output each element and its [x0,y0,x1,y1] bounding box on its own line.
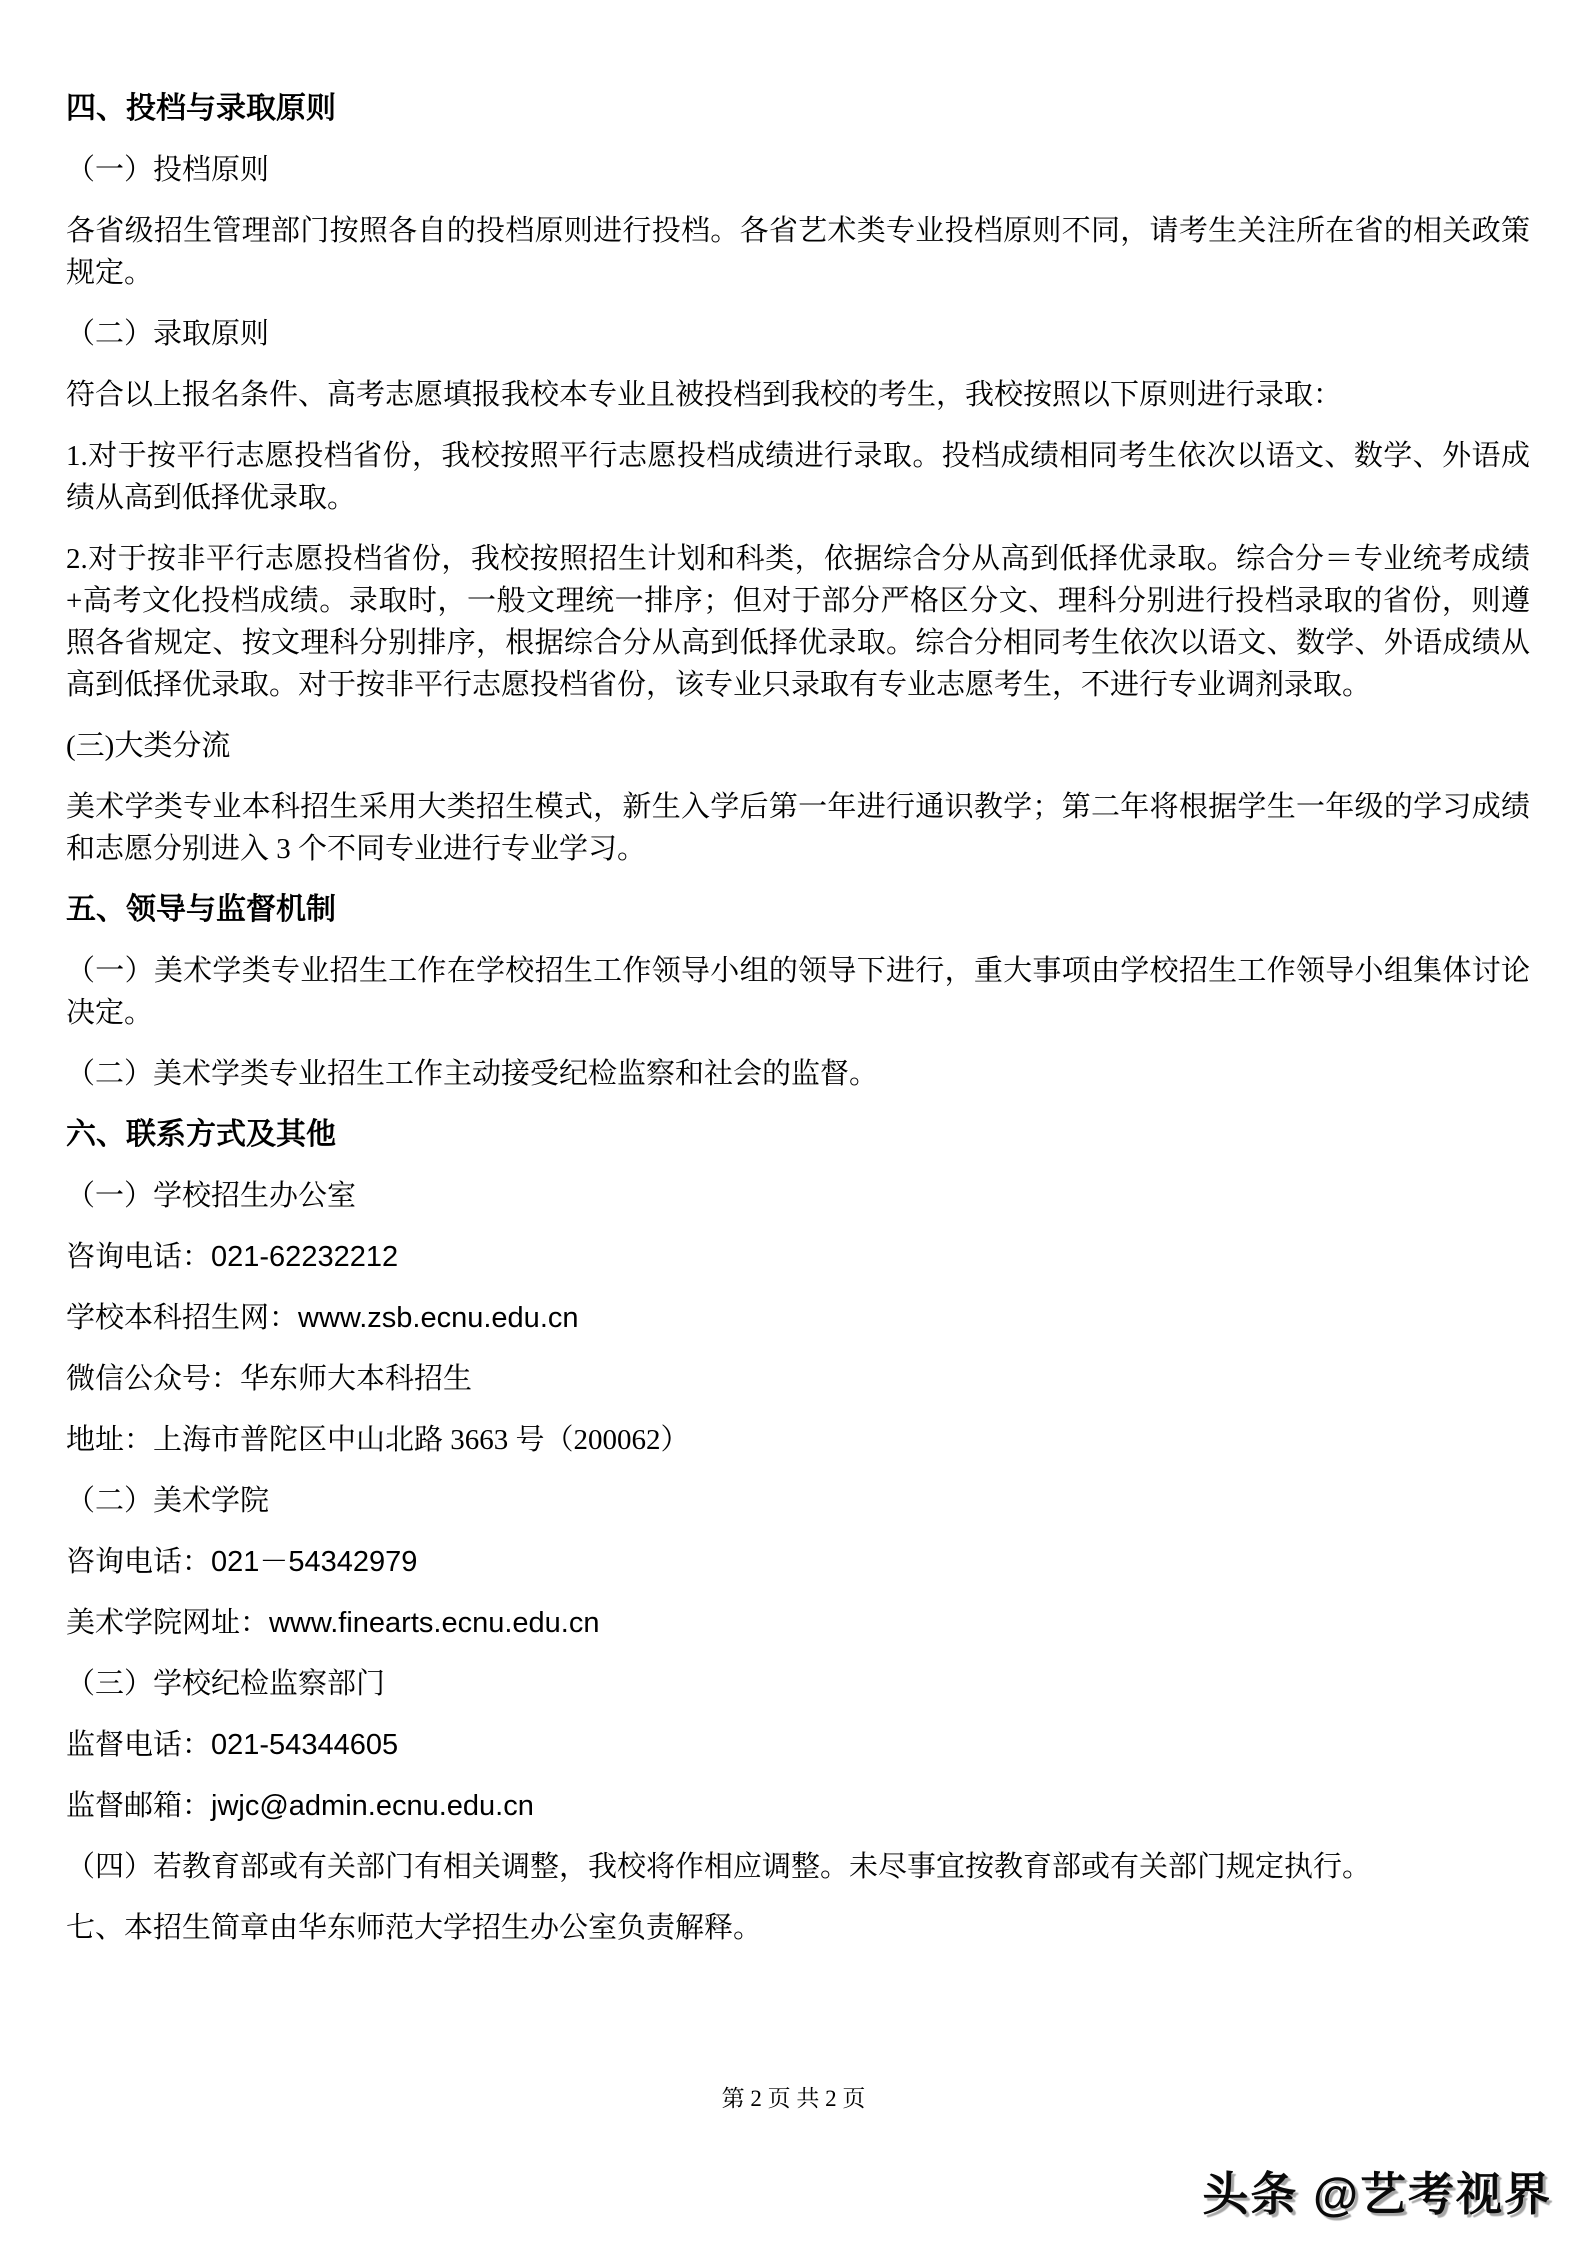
toutiao-watermark: 头条 @艺考视界 [1202,2158,1552,2224]
contact-phone-admissions: 咨询电话：021-62232212 [66,1236,1530,1278]
contact-phone-supervision: 监督电话：021-54344605 [66,1724,1530,1766]
contact-value: 021-62232212 [211,1241,398,1273]
section4-item1: 1.对于按平行志愿投档省份，我校按照平行志愿投档成绩进行录取。投档成绩相同考生依… [66,435,1530,519]
contact-address: 地址：上海市普陀区中山北路 3663 号（200062） [66,1419,1530,1461]
contact-value: 华东师大本科招生 [240,1363,472,1395]
contact-website-artschool: 美术学院网址：www.finearts.ecnu.edu.cn [66,1602,1530,1644]
section5-para2: （二）美术学类专业招生工作主动接受纪检监察和社会的监督。 [66,1053,1530,1095]
contact-label: 微信公众号： [66,1363,240,1395]
section7-para: 七、本招生简章由华东师范大学招生办公室负责解释。 [66,1907,1530,1949]
section6-heading: 六、联系方式及其他 [66,1114,1530,1156]
section4-item2: 2.对于按非平行志愿投档省份，我校按照招生计划和科类，依据综合分从高到低择优录取… [66,538,1530,706]
section4-para2: 符合以上报名条件、高考志愿填报我校本专业且被投档到我校的考生，我校按照以下原则进… [66,374,1530,416]
contact-label: 地址： [66,1424,153,1456]
section4-sub2-heading: （二）录取原则 [66,313,1530,355]
section4-heading: 四、投档与录取原则 [66,88,1530,130]
contact-label: 监督邮箱： [66,1790,211,1822]
contact-value: 021-54344605 [211,1729,398,1761]
section6-sub1-heading: （一）学校招生办公室 [66,1175,1530,1217]
section4-sub3-heading: (三)大类分流 [66,725,1530,767]
contact-label: 学校本科招生网： [66,1302,298,1334]
contact-value: www.zsb.ecnu.edu.cn [298,1302,578,1334]
section6-para4: （四）若教育部或有关部门有相关调整，我校将作相应调整。未尽事宜按教育部或有关部门… [66,1846,1530,1888]
contact-label: 监督电话： [66,1729,211,1761]
document-body: 四、投档与录取原则 （一）投档原则 各省级招生管理部门按照各自的投档原则进行投档… [66,88,1530,1968]
section6-sub3-heading: （三）学校纪检监察部门 [66,1663,1530,1705]
section5-heading: 五、领导与监督机制 [66,889,1530,931]
section4-para3: 美术学类专业本科招生采用大类招生模式，新生入学后第一年进行通识教学；第二年将根据… [66,786,1530,870]
contact-email-supervision: 监督邮箱：jwjc@admin.ecnu.edu.cn [66,1785,1530,1827]
contact-website-admissions: 学校本科招生网：www.zsb.ecnu.edu.cn [66,1297,1530,1339]
section4-para1: 各省级招生管理部门按照各自的投档原则进行投档。各省艺术类专业投档原则不同，请考生… [66,210,1530,294]
contact-value: 上海市普陀区中山北路 3663 号（200062） [153,1424,690,1456]
contact-label: 美术学院网址： [66,1607,269,1639]
contact-label: 咨询电话： [66,1546,211,1578]
contact-wechat: 微信公众号：华东师大本科招生 [66,1358,1530,1400]
contact-phone-artschool: 咨询电话：021－54342979 [66,1541,1530,1583]
contact-value: 021－54342979 [211,1546,417,1578]
section5-para1: （一）美术学类专业招生工作在学校招生工作领导小组的领导下进行，重大事项由学校招生… [66,950,1530,1034]
contact-value: jwjc@admin.ecnu.edu.cn [211,1790,534,1822]
page-number-indicator: 第 2 页 共 2 页 [0,2080,1587,2113]
contact-value: www.finearts.ecnu.edu.cn [269,1607,599,1639]
contact-label: 咨询电话： [66,1241,211,1273]
section4-sub1-heading: （一）投档原则 [66,149,1530,191]
section6-sub2-heading: （二）美术学院 [66,1480,1530,1522]
